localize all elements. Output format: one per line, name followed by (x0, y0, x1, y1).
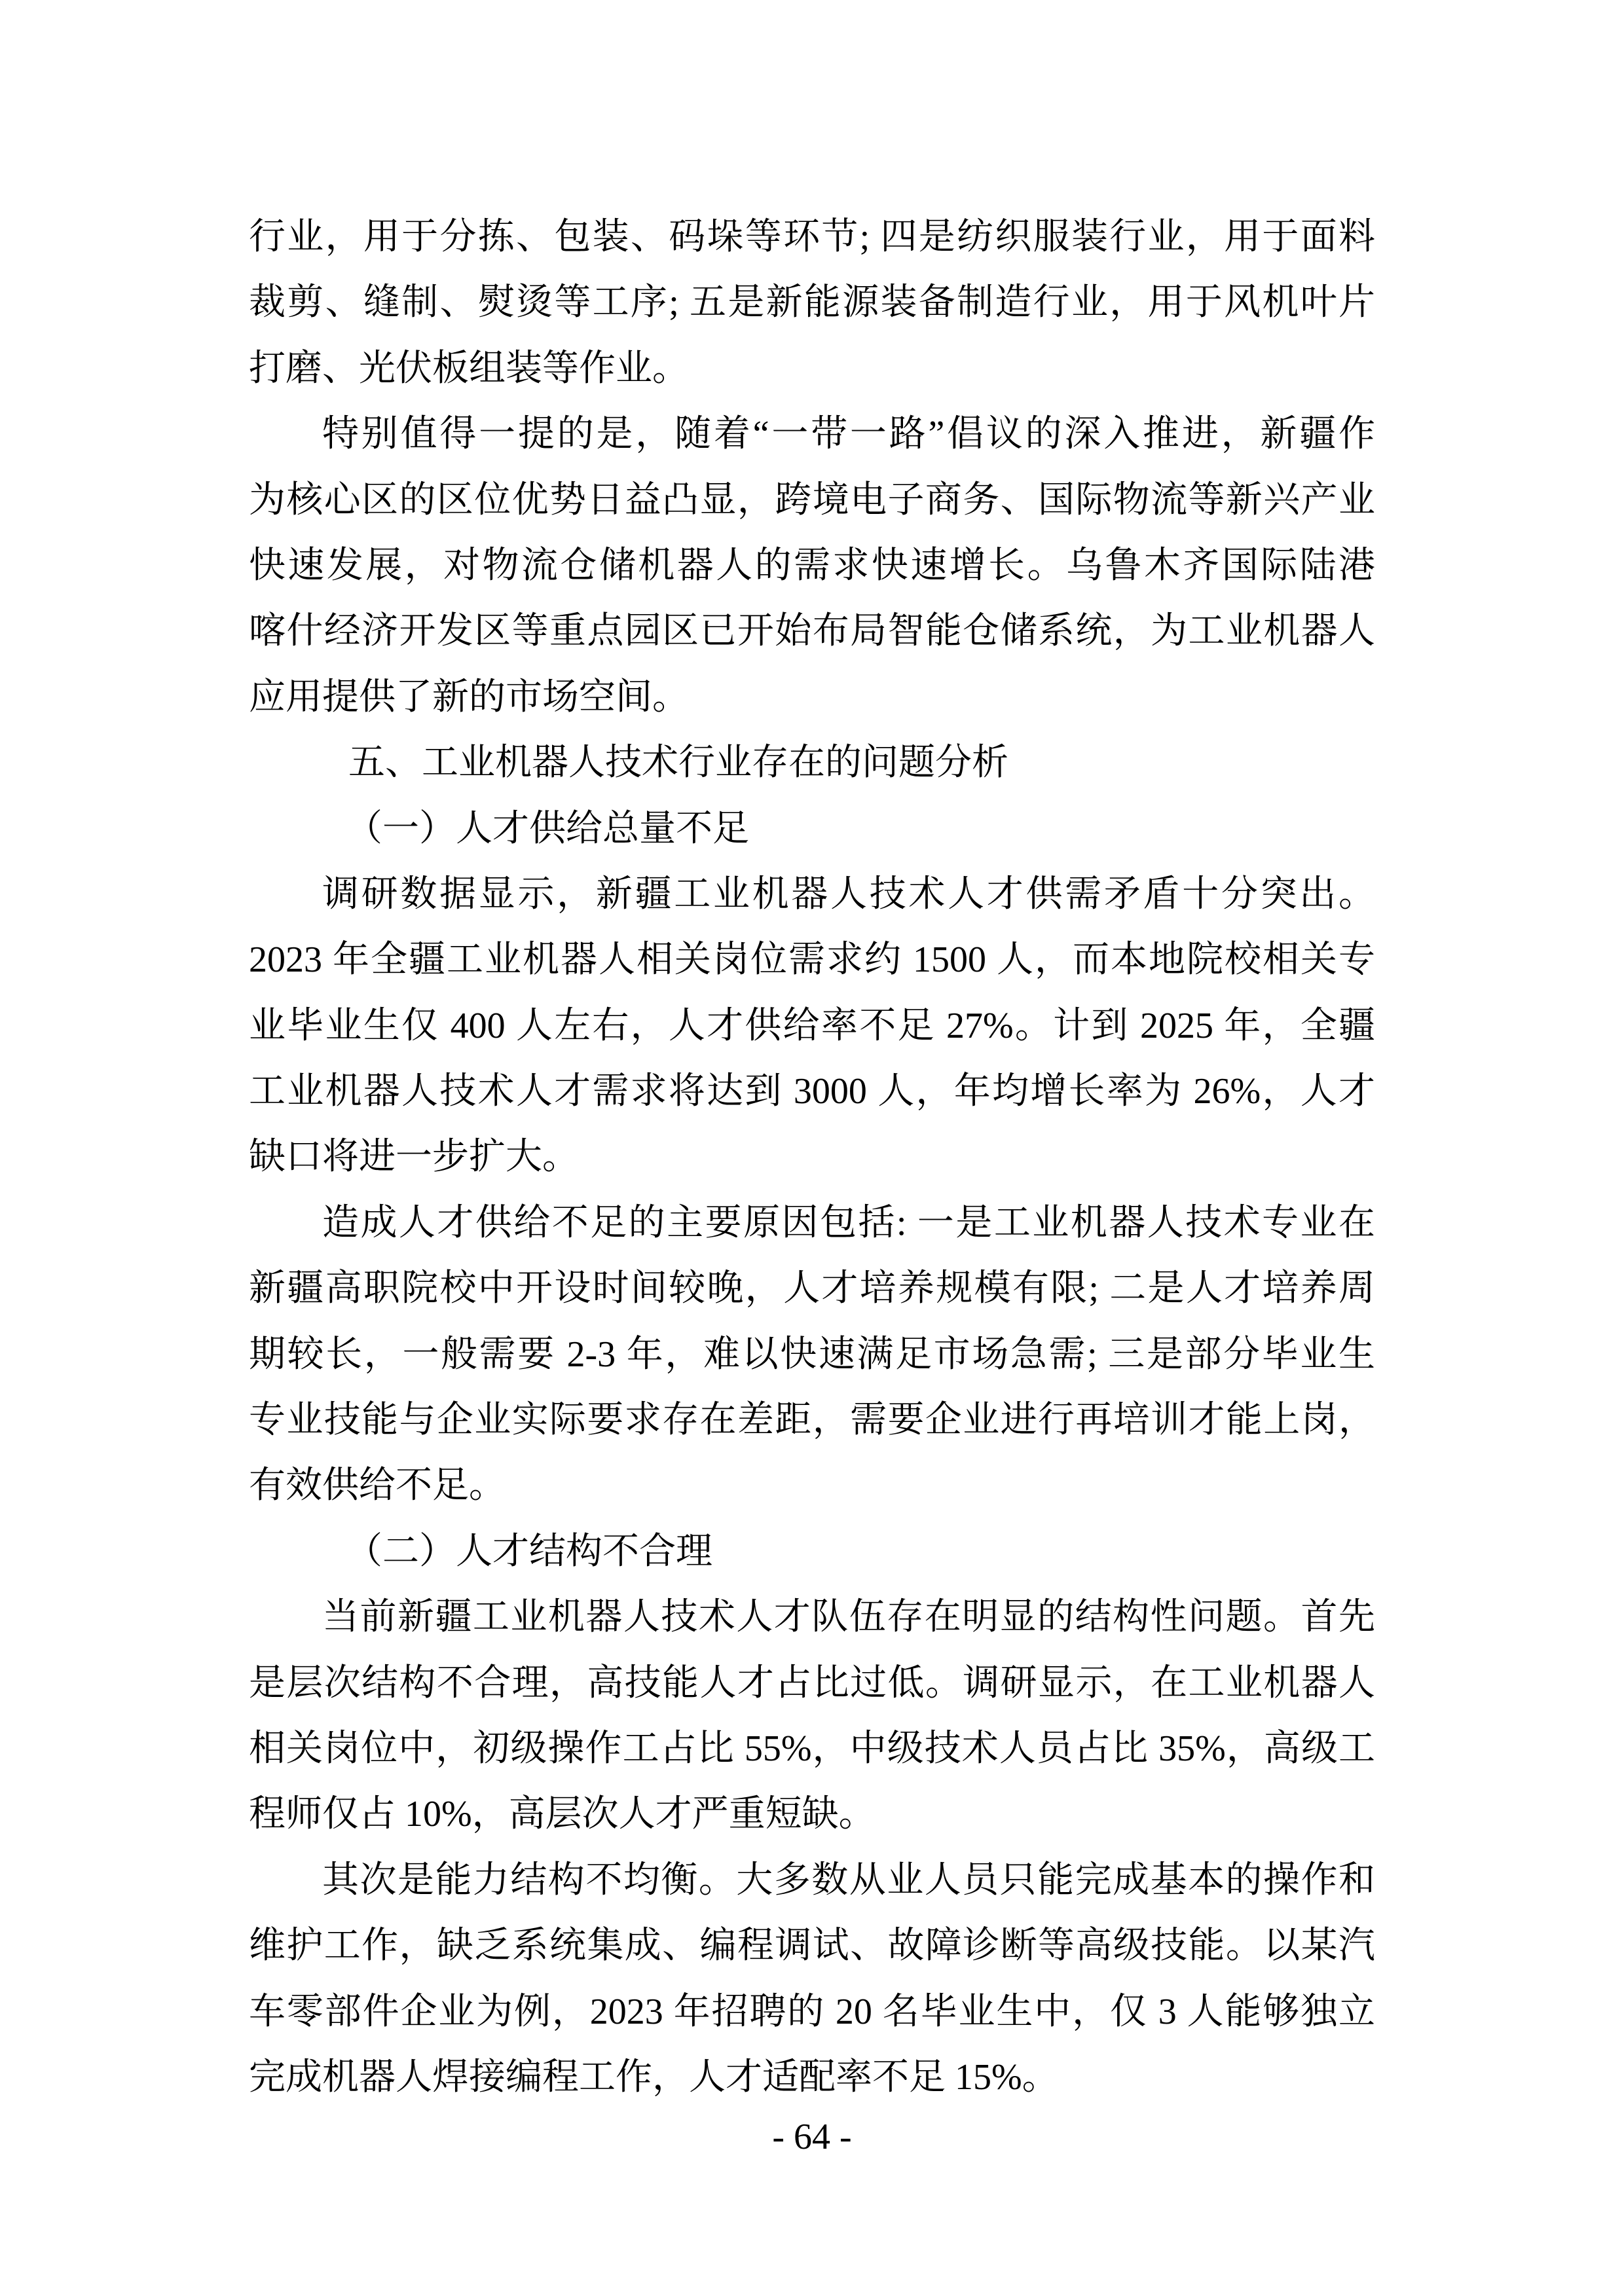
body-text-line: 相关岗位中，初级操作工占比 55%，中级技术人员占比 35%，高级工 (249, 1716, 1375, 1781)
body-text-line: 完成机器人焊接编程工作，人才适配率不足 15%。 (249, 2045, 1375, 2110)
document-body: 行业，用于分拣、包装、码垛等环节; 四是纺织服装行业，用于面料裁剪、缝制、熨烫等… (249, 204, 1375, 2110)
document-page: 行业，用于分拣、包装、码垛等环节; 四是纺织服装行业，用于面料裁剪、缝制、熨烫等… (0, 0, 1624, 2296)
section-heading-line: 五、工业机器人技术行业存在的问题分析 (249, 730, 1375, 795)
body-text-line: 工业机器人技术人才需求将达到 3000 人，年均增长率为 26%，人才 (249, 1059, 1375, 1124)
body-text-line: 快速发展，对物流仓储机器人的需求快速增长。乌鲁木齐国际陆港区、 (249, 533, 1375, 598)
body-text-line: 调研数据显示，新疆工业机器人技术人才供需矛盾十分突出。 (249, 862, 1375, 927)
body-text-line: 为核心区的区位优势日益凸显，跨境电子商务、国际物流等新兴产业 (249, 467, 1375, 533)
page-footer: - 64 - (0, 2104, 1624, 2170)
body-text-line: 打磨、光伏板组装等作业。 (249, 336, 1375, 401)
body-text-line: 其次是能力结构不均衡。大多数从业人员只能完成基本的操作和 (249, 1848, 1375, 1913)
body-text-line: 2023 年全疆工业机器人相关岗位需求约 1500 人，而本地院校相关专 (249, 927, 1375, 993)
body-text-line: 特别值得一提的是，随着“一带一路”倡议的深入推进，新疆作 (249, 401, 1375, 467)
body-text-line: 应用提供了新的市场空间。 (249, 665, 1375, 730)
body-text-line: 造成人才供给不足的主要原因包括: 一是工业机器人技术专业在 (249, 1190, 1375, 1256)
body-text-line: 期较长，一般需要 2-3 年，难以快速满足市场急需; 三是部分毕业生 (249, 1322, 1375, 1387)
page-number: - 64 - (772, 2117, 851, 2157)
body-text-line: 程师仅占 10%，高层次人才严重短缺。 (249, 1781, 1375, 1847)
subsection-heading-line: （二）人才结构不合理 (249, 1519, 1375, 1584)
body-text-line: 喀什经济开发区等重点园区已开始布局智能仓储系统，为工业机器人 (249, 598, 1375, 664)
body-text-line: 专业技能与企业实际要求存在差距，需要企业进行再培训才能上岗， (249, 1387, 1375, 1453)
body-text-line: 有效供给不足。 (249, 1453, 1375, 1518)
body-text-line: 车零部件企业为例，2023 年招聘的 20 名毕业生中，仅 3 人能够独立 (249, 1979, 1375, 2045)
body-text-line: 新疆高职院校中开设时间较晚，人才培养规模有限; 二是人才培养周 (249, 1256, 1375, 1321)
body-text-line: 裁剪、缝制、熨烫等工序; 五是新能源装备制造行业，用于风机叶片 (249, 270, 1375, 335)
body-text-line: 维护工作，缺乏系统集成、编程调试、故障诊断等高级技能。以某汽 (249, 1913, 1375, 1978)
body-text-line: 行业，用于分拣、包装、码垛等环节; 四是纺织服装行业，用于面料 (249, 204, 1375, 270)
body-text-line: 缺口将进一步扩大。 (249, 1124, 1375, 1190)
body-text-line: 当前新疆工业机器人技术人才队伍存在明显的结构性问题。首先 (249, 1584, 1375, 1650)
subsection-heading-line: （一）人才供给总量不足 (249, 796, 1375, 862)
body-text-line: 是层次结构不合理，高技能人才占比过低。调研显示，在工业机器人 (249, 1650, 1375, 1716)
body-text-line: 业毕业生仅 400 人左右，人才供给率不足 27%。计到 2025 年，全疆 (249, 993, 1375, 1059)
